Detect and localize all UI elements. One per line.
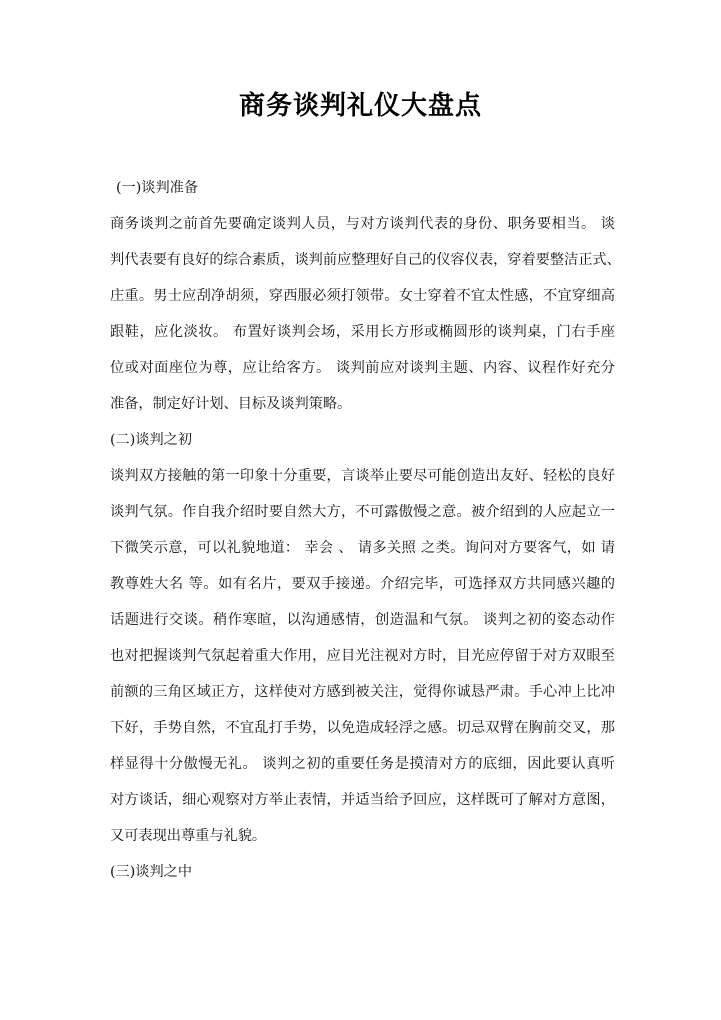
document-title: 商务谈判礼仪大盘点 <box>0 88 721 124</box>
paragraph-line: 对方谈话，细心观察对方举止表情，并适当给予回应，这样既可了解对方意图， <box>110 782 615 818</box>
paragraph-line: 也对把握谈判气氛起着重大作用，应目光注视对方时，目光应停留于对方双眼至 <box>110 638 615 674</box>
section-heading-preparation: (一)谈判准备 <box>110 170 615 206</box>
paragraph-line: 下好，手势自然，不宜乱打手势，以免造成轻浮之感。切忌双臂在胸前交叉，那 <box>110 710 615 746</box>
paragraph-line: 谈判气氛。作自我介绍时要自然大方，不可露傲慢之意。被介绍到的人应起立一 <box>110 494 615 530</box>
paragraph-line: 准备，制定好计划、目标及谈判策略。 <box>110 386 615 422</box>
paragraph-line: 位或对面座位为尊，应让给客方。 谈判前应对谈判主题、内容、议程作好充分 <box>110 350 615 386</box>
paragraph-line: 商务谈判之前首先要确定谈判人员，与对方谈判代表的身份、职务要相当。 谈 <box>110 206 615 242</box>
paragraph-line: 下微笑示意，可以礼貌地道： 幸会 、 请多关照 之类。询问对方要客气，如 请 <box>110 530 615 566</box>
paragraph-line: 跟鞋，应化淡妆。 布置好谈判会场，采用长方形或椭圆形的谈判桌，门右手座 <box>110 314 615 350</box>
paragraph-line: 又可表现出尊重与礼貌。 <box>110 818 615 854</box>
paragraph-line: 谈判双方接触的第一印象十分重要，言谈举止要尽可能创造出友好、轻松的良好 <box>110 458 615 494</box>
paragraph-line: 教尊姓大名 等。如有名片，要双手接递。介绍完毕，可选择双方共同感兴趣的 <box>110 566 615 602</box>
paragraph-line: 前额的三角区域正方，这样使对方感到被关注，觉得你诚恳严肃。手心冲上比冲 <box>110 674 615 710</box>
section-heading-opening: (二)谈判之初 <box>110 422 615 458</box>
paragraph-line: 样显得十分傲慢无礼。 谈判之初的重要任务是摸清对方的底细，因此要认真听 <box>110 746 615 782</box>
paragraph-line: 话题进行交谈。稍作寒暄，以沟通感情，创造温和气氛。 谈判之初的姿态动作 <box>110 602 615 638</box>
document-page: 商务谈判礼仪大盘点 (一)谈判准备 商务谈判之前首先要确定谈判人员，与对方谈判代… <box>0 0 721 1020</box>
document-body: (一)谈判准备 商务谈判之前首先要确定谈判人员，与对方谈判代表的身份、职务要相当… <box>110 170 615 890</box>
section-heading-middle: (三)谈判之中 <box>110 854 615 890</box>
paragraph-line: 庄重。男士应刮净胡须，穿西服必须打领带。女士穿着不宜太性感，不宜穿细高 <box>110 278 615 314</box>
paragraph-line: 判代表要有良好的综合素质，谈判前应整理好自己的仪容仪表，穿着要整洁正式、 <box>110 242 615 278</box>
